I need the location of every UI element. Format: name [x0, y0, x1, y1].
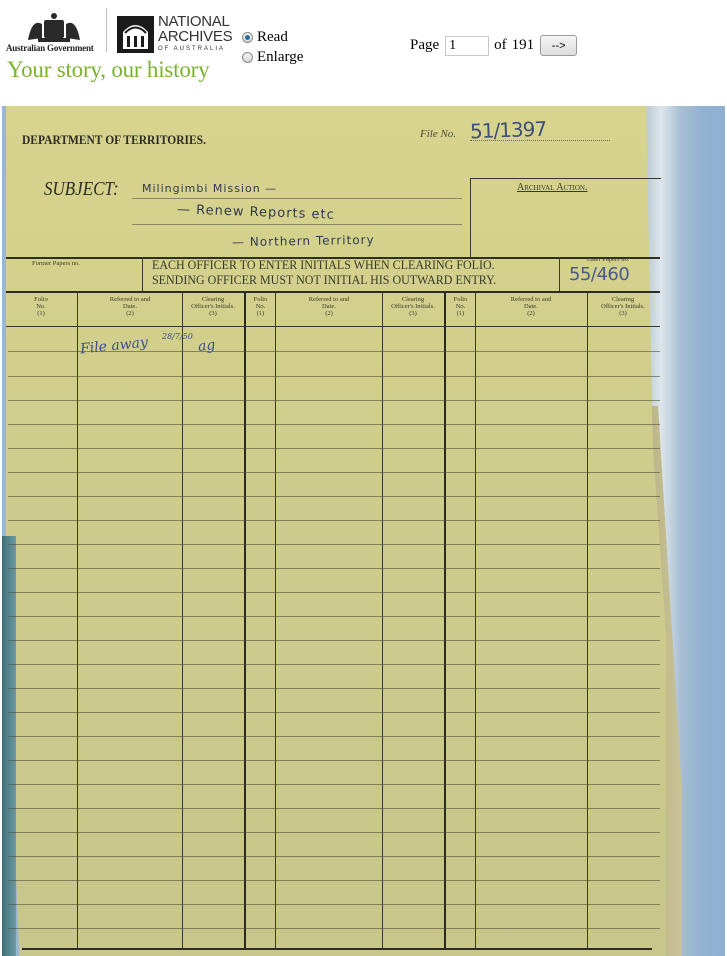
later-papers-label: Later Papers no.: [587, 256, 629, 263]
col-header-clearing-3: ClearingOfficer's Initials.(3): [588, 296, 658, 317]
col-header-referred-1: Referred to andDate.(2): [78, 296, 182, 317]
column-divider: [382, 292, 383, 948]
table-bottom-line: [22, 948, 652, 950]
ruled-line: [8, 856, 660, 857]
binding-edge: [2, 536, 16, 956]
ruled-line: [8, 640, 660, 641]
col-header-folio-3: FolioNo.(1): [446, 296, 475, 317]
notice-line-1: EACH OFFICER TO ENTER INITIALS WHEN CLEA…: [152, 258, 496, 273]
column-divider: [182, 292, 183, 948]
page-number-input[interactable]: [445, 36, 489, 56]
col-header-folio-2: FolioNo.(1): [246, 296, 275, 317]
document-image: DEPARTMENT OF TERRITORIES. File No. 51/1…: [2, 106, 725, 956]
read-radio[interactable]: [242, 32, 253, 43]
col-header-referred-3: Referred to andDate.(2): [476, 296, 586, 317]
ruled-line: [8, 664, 660, 665]
subject-line-3: — Northern Territory: [232, 233, 375, 249]
subject-line-1: Milingimbi Mission —: [142, 182, 277, 195]
logo-divider: [106, 8, 107, 52]
ruled-line: [8, 424, 660, 425]
site-header: Australian Government NATIONAL ARCHIVES …: [0, 0, 727, 100]
view-mode-radio-group: Read Enlarge: [242, 27, 303, 67]
ruled-line: [8, 808, 660, 809]
ruled-line: [8, 904, 660, 905]
enlarge-radio[interactable]: [242, 52, 253, 63]
header-bottom-line: [6, 326, 660, 327]
ruled-line: [8, 616, 660, 617]
column-divider: [475, 292, 476, 948]
column-divider: [275, 292, 276, 948]
naa-line-archives: ARCHIVES: [158, 29, 232, 44]
ruled-line: [8, 544, 660, 545]
ruled-line: [8, 736, 660, 737]
ruled-line: [8, 376, 660, 377]
table-top-line: [6, 291, 660, 293]
officer-notice: EACH OFFICER TO ENTER INITIALS WHEN CLEA…: [152, 258, 496, 288]
naa-logo-text: NATIONAL ARCHIVES: [158, 14, 232, 44]
page-label: Page: [410, 37, 439, 54]
file-no-label: File No.: [420, 128, 456, 140]
subject-rule-2: [132, 224, 462, 225]
notice-line-2: SENDING OFFICER MUST NOT INITIAL HIS OUT…: [152, 273, 496, 288]
enlarge-radio-label: Enlarge: [257, 49, 303, 66]
archival-action-label: Archival Action.: [517, 182, 588, 193]
column-group-divider: [444, 292, 446, 948]
ruled-line: [8, 712, 660, 713]
naa-logo-icon: [117, 16, 154, 53]
read-radio-option[interactable]: Read: [242, 27, 303, 47]
subject-rule-1: [132, 198, 462, 199]
ruled-line: [8, 400, 660, 401]
entry-date: 28/7/50: [162, 332, 193, 341]
col-header-clearing-2: ClearingOfficer's Initials.(3): [383, 296, 443, 317]
file-no-underline: [470, 140, 610, 141]
column-divider: [587, 292, 588, 948]
column-group-divider: [244, 292, 246, 948]
col-header-clearing-1: ClearingOfficer's Initials.(3): [183, 296, 243, 317]
ruled-line: [8, 592, 660, 593]
col-header-folio-1: FolioNo.(1): [6, 296, 76, 317]
ruled-line: [8, 520, 660, 521]
of-label: of: [494, 37, 507, 54]
former-papers-label: Former Papers no.: [32, 260, 80, 267]
ruled-line: [8, 568, 660, 569]
later-papers-value: 55/460: [569, 264, 629, 285]
entry-initials: ag: [197, 337, 216, 355]
ruled-line: [8, 784, 660, 785]
ruled-line: [8, 496, 660, 497]
enlarge-radio-option[interactable]: Enlarge: [242, 47, 303, 67]
naa-line-australia: OF AUSTRALIA: [158, 46, 225, 52]
next-page-button[interactable]: -->: [540, 35, 577, 56]
total-pages: 191: [512, 37, 535, 54]
read-radio-label: Read: [257, 29, 288, 46]
naa-line-national: NATIONAL: [158, 14, 232, 29]
subject-label: SUBJECT:: [44, 178, 119, 201]
page-navigator: Page of 191 -->: [410, 35, 577, 56]
ruled-line: [8, 688, 660, 689]
col-header-referred-2: Referred to andDate.(2): [276, 296, 382, 317]
department-heading: DEPARTMENT OF TERRITORIES.: [22, 133, 206, 148]
column-divider: [77, 292, 78, 948]
australian-government-label: Australian Government: [6, 43, 94, 53]
ruled-line: [8, 880, 660, 881]
tagline: Your story, our history: [7, 57, 209, 83]
ruled-line: [8, 832, 660, 833]
ruled-line: [8, 928, 660, 929]
ruled-line: [8, 760, 660, 761]
ruled-line: [8, 472, 660, 473]
ruled-line: [8, 448, 660, 449]
